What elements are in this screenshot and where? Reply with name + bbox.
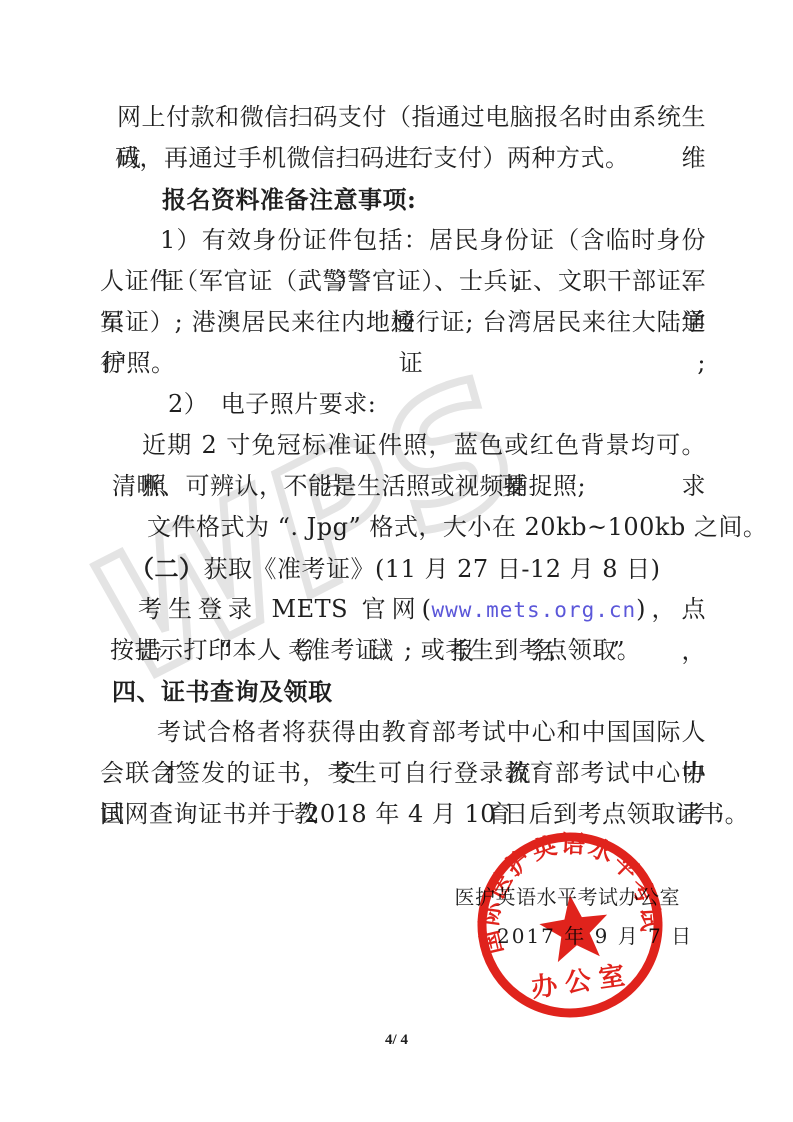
text-line: 考生登录 METS 官网(www.mets.org.cn)，点击“考试报名”， (138, 589, 706, 630)
website-link[interactable]: www.mets.org.cn (432, 598, 637, 622)
text-line: 员证）; 港澳居民来往内地通行证; 台湾居民来往大陆通行证; (100, 302, 706, 343)
text-line: 按提示打印本人《准考证》; 或考生到考点领取。 (110, 630, 720, 671)
text-line: （二）获取《准考证》(11 月 27 日-12 月 8 日) (130, 548, 720, 589)
seal-bottom-text: 办公室 (529, 960, 634, 1004)
page-number: 4/ 4 (0, 1032, 793, 1049)
text-segment: 清晰、可辨认，不能是生活照或视频捕捉照; (112, 472, 586, 500)
text-line: 1）有效身份证件包括：居民身份证（含临时身份证）; 军 (160, 220, 706, 261)
text-line: 2） 电子照片要求: (168, 384, 720, 425)
document-page: WPS 网上付款和微信扫码支付（指通过电脑报名时由系统生成二维码，再通过手机微信… (0, 0, 793, 1122)
text-line: 会联合签发的证书，考生可自行登录教育部考试中心中国教育考 (100, 753, 706, 794)
text-segment: 试网查询证书并于 2018 年 4 月 10 日后到考点领取证书。 (100, 800, 749, 828)
text-line: 试网查询证书并于 2018 年 4 月 10 日后到考点领取证书。 (100, 794, 720, 835)
text-line: 考试合格者将获得由教育部考试中心和中国国际人才交流协 (157, 712, 706, 753)
text-segment: 文件格式为 “. Jpg” 格式，大小在 20kb~100kb 之间。 (147, 513, 767, 541)
text-segment: 2） 电子照片要求: (168, 390, 376, 418)
signature-organization: 医护英语水平考试办公室 (455, 877, 681, 918)
text-line: 近期 2 寸免冠标准证件照，蓝色或红色背景均可。照片要求 (142, 425, 706, 466)
text-line: 人证件（军官证（武警警官证）、士兵证、文职干部证、军校学 (100, 261, 706, 302)
text-segment: 考生登录 METS 官网( (138, 595, 432, 623)
text-segment: 码，再通过手机微信扫码进行支付）两种方式。 (115, 144, 630, 172)
document-body: 网上付款和微信扫码支付（指通过电脑报名时由系统生成二维码，再通过手机微信扫码进行… (100, 97, 720, 835)
text-line: 码，再通过手机微信扫码进行支付）两种方式。 (115, 138, 720, 179)
text-segment: （二） (130, 554, 204, 583)
text-line: 报名资料准备注意事项: (162, 179, 720, 220)
text-segment: 四、证书查询及领取 (112, 677, 333, 706)
text-line: 四、证书查询及领取 (112, 671, 720, 712)
text-segment: 获取《准考证》(11 月 27 日-12 月 8 日) (204, 555, 661, 583)
text-segment: 员证）; 港澳居民来往内地通行证; 台湾居民来往大陆通行证; (100, 308, 706, 377)
text-segment: 按提示打印本人《准考证》; 或考生到考点领取。 (110, 636, 641, 664)
signature-date: 2017 年 9 月 7 日 (497, 916, 693, 957)
text-line: 文件格式为 “. Jpg” 格式，大小在 20kb~100kb 之间。 (147, 507, 720, 548)
text-line: 网上付款和微信扫码支付（指通过电脑报名时由系统生成二维 (117, 97, 706, 138)
text-segment: 报名资料准备注意事项: (162, 185, 416, 214)
text-segment: 护照。 (102, 349, 176, 377)
